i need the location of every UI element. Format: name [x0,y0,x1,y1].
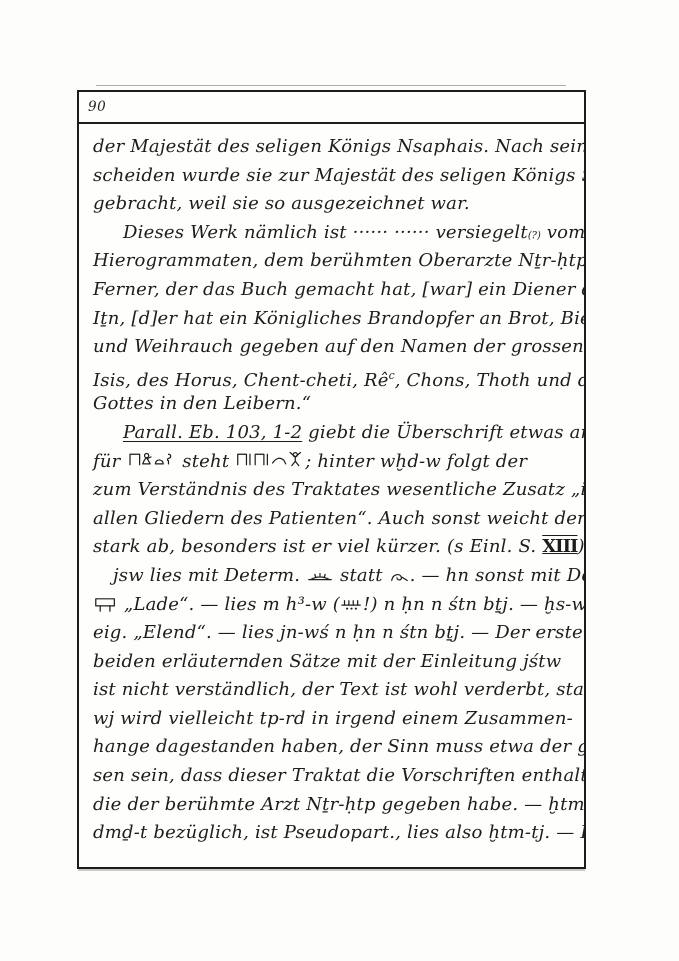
hieroglyph-determinative-variant [390,570,409,584]
text-segment: hange dagestanden haben, der Sinn muss e… [93,736,584,757]
manuscript-line: „Lade“. — lies m h³-w ( !) n ḥn n śtn bṯ… [93,591,571,620]
text-segment: Ferner, der das Buch gemacht hat, [war] … [93,279,584,300]
text-segment: eig. „Elend“. — lies jn-wś n ḥn n śtn bṯ… [93,622,584,643]
manuscript-line: zum Verständnis des Traktates wesentlich… [93,476,571,505]
manuscript-line: für steht ; hinter wḫd-w folgt der [93,448,571,477]
text-segment: für [93,451,126,472]
manuscript-line: eig. „Elend“. — lies jn-wś n ḥn n śtn bṯ… [93,619,571,648]
text-segment: jsw lies mit Determ. [113,565,306,586]
text-segment: vom [541,222,584,243]
page-number: 90 [88,99,106,115]
text-segment: Gottes in den Leibern.“ [93,393,311,414]
inline-note-mark: (?) [528,230,541,241]
text-segment: Iṯn, [d]er hat ein Königliches Brandopfe… [93,308,584,329]
manuscript-line: stark ab, besonders ist er viel kürzer. … [93,533,571,562]
hieroglyph-grain-plural-sign [341,599,362,613]
manuscript-line: beiden erläuternden Sätze mit der Einlei… [93,648,571,677]
manuscript-line: hange dagestanden haben, der Sinn muss e… [93,733,571,762]
scan-artifact-line [96,85,566,86]
text-segment: und Weihrauch gegeben auf den Namen der … [93,336,584,357]
manuscript-line: der Majestät des seligen Königs Nsaphais… [93,133,571,162]
text-segment: dmḏ-t bezüglich, ist Pseudopart., lies a… [93,822,584,843]
text-segment: Isis, des Horus, Chent-cheti, Rê [93,370,389,391]
text-segment: stark ab, besonders ist er viel kürzer. … [93,536,542,557]
text-segment: ist nicht verständlich, der Text ist woh… [93,679,584,700]
hieroglyph-group-title-variant-b [236,449,304,470]
hieroglyph-group-title-variant-a [127,449,175,470]
manuscript-line: Gottes in den Leibern.“ [93,390,571,419]
text-segment: beiden erläuternden Sätze mit der Einlei… [93,651,561,672]
text-segment: steht [176,451,235,472]
manuscript-line: sen sein, dass dieser Traktat die Vorsch… [93,762,571,791]
text-segment: allen Gliedern des Patienten“. Auch sons… [93,508,584,529]
manuscript-text: der Majestät des seligen Königs Nsaphais… [79,124,584,848]
underlined-citation: Parall. Eb. 103, 1-2 [123,422,302,443]
text-segment: Dieses Werk nämlich ist ······ ······ ve… [123,222,528,243]
manuscript-line: wj wird vielleicht tp-rd in irgend einem… [93,705,571,734]
hieroglyph-chest-determinative [94,597,117,613]
text-segment: . — hn sonst mit Determ. [410,565,584,586]
text-segment: der Majestät des seligen Königs Nsaphais… [93,136,584,157]
text-segment: , Chons, Thoth und des [395,370,584,391]
manuscript-line: Isis, des Horus, Chent-cheti, Rêc, Chons… [93,362,571,391]
text-segment: gebracht, weil sie so ausgezeichnet war. [93,193,470,214]
page-frame: 90 der Majestät des seligen Königs Nsaph… [77,90,586,869]
text-segment: sen sein, dass dieser Traktat die Vorsch… [93,765,584,786]
text-segment: giebt die Überschrift etwas anders, [302,422,584,443]
manuscript-line: Hierogrammaten, dem berühmten Oberarzte … [93,247,571,276]
text-segment: zum Verständnis des Traktates wesentlich… [93,479,584,500]
text-segment: ; hinter wḫd-w folgt der [305,451,527,472]
text-segment: statt [334,565,389,586]
manuscript-line: scheiden wurde sie zur Majestät des seli… [93,162,571,191]
manuscript-line: Iṯn, [d]er hat ein Königliches Brandopfe… [93,305,571,334]
manuscript-line: allen Gliedern des Patienten“. Auch sons… [93,505,571,534]
manuscript-line: die der berühmte Arzt Nṯr-ḥtp gegeben ha… [93,791,571,820]
text-segment: ) [577,536,584,557]
text-segment: die der berühmte Arzt Nṯr-ḥtp gegeben ha… [93,794,584,815]
manuscript-line: gebracht, weil sie so ausgezeichnet war. [93,190,571,219]
manuscript-line: jsw lies mit Determ. statt . — hn sonst … [93,562,571,591]
text-segment: wj wird vielleicht tp-rd in irgend einem… [93,708,573,729]
text-segment: Hierogrammaten, dem berühmten Oberarzte … [93,250,584,271]
text-segment: „Lade“. — lies m h³-w ( [118,594,340,615]
manuscript-line: dmḏ-t bezüglich, ist Pseudopart., lies a… [93,819,571,848]
page-header: 90 [79,92,584,124]
manuscript-line: Parall. Eb. 103, 1-2 giebt die Überschri… [93,419,571,448]
roman-numeral: XIII [542,536,577,557]
text-segment: scheiden wurde sie zur Majestät des seli… [93,165,584,186]
manuscript-line: Dieses Werk nämlich ist ······ ······ ve… [93,219,571,248]
manuscript-line: ist nicht verständlich, der Text ist woh… [93,676,571,705]
text-segment: !) n ḥn n śtn bṯj. — ḫs-w [363,594,584,615]
hieroglyph-determinative-jsw [307,570,333,584]
manuscript-line: Ferner, der das Buch gemacht hat, [war] … [93,276,571,305]
manuscript-line: und Weihrauch gegeben auf den Namen der … [93,333,571,362]
